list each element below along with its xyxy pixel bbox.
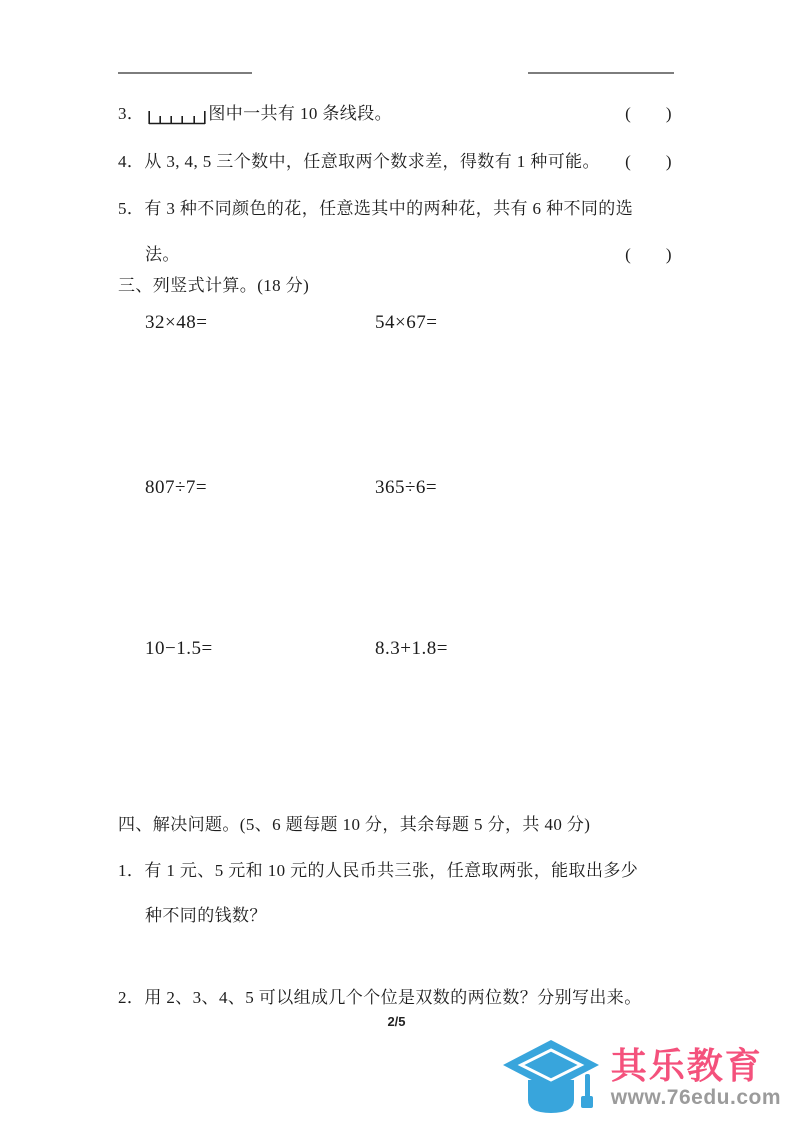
judge-item-3: 3． 图中一共有 10 条线段。 ( ) xyxy=(118,102,672,126)
item-text: 种不同的钱数？ xyxy=(145,906,267,925)
word-problem-1-line2: 种不同的钱数？ xyxy=(145,901,267,926)
item-text: 图中一共有 10 条线段。 xyxy=(208,102,392,126)
calc-problem-6: 8.3+1.8= xyxy=(375,638,448,660)
exam-paper-page: 3． 图中一共有 10 条线段。 ( ) 4． 从 3, 4, 5 三个数中，任… xyxy=(0,0,793,1122)
item-text: 有 1 元、5 元和 10 元的人民币共三张，任意取两张，能取出多少 xyxy=(144,861,638,880)
calc-problem-5: 10−1.5= xyxy=(145,638,213,660)
calc-problem-1: 32×48= xyxy=(145,312,207,334)
item-number: 4． xyxy=(118,150,144,174)
item-text: 从 3, 4, 5 三个数中，任意取两个数求差，得数有 1 种可能。 xyxy=(144,150,600,174)
calc-problem-4: 365÷6= xyxy=(375,477,437,499)
header-blank-line-right xyxy=(528,72,674,74)
item-number: 5． xyxy=(118,197,144,221)
item-number: 2． xyxy=(118,988,144,1007)
item-number: 3． xyxy=(118,102,144,126)
answer-paren: ( ) xyxy=(625,102,672,126)
calc-problem-3: 807÷7= xyxy=(145,477,207,499)
item-number: 1． xyxy=(118,861,144,880)
calc-problem-2: 54×67= xyxy=(375,312,437,334)
header-blank-line-left xyxy=(118,72,252,74)
graduation-cap-icon xyxy=(501,1038,601,1118)
judge-item-5-line2: 法。 ( ) xyxy=(145,240,672,265)
judge-item-4: 4． 从 3, 4, 5 三个数中，任意取两个数求差，得数有 1 种可能。 ( … xyxy=(118,150,672,174)
judge-item-5-line1: 5． 有 3 种不同颜色的花，任意选其中的两种花，共有 6 种不同的选 xyxy=(118,197,672,221)
segment-figure-icon xyxy=(148,108,206,125)
section-four-title: 四、解决问题。(5、6 题每题 10 分，其余每题 5 分，共 40 分) xyxy=(118,810,590,835)
answer-paren: ( ) xyxy=(625,240,672,265)
answer-paren: ( ) xyxy=(625,150,672,174)
brand-name: 其乐教育 xyxy=(611,1046,781,1086)
word-problem-1-line1: 1．有 1 元、5 元和 10 元的人民币共三张，任意取两张，能取出多少 xyxy=(118,856,638,881)
brand-url: www.76edu.com xyxy=(611,1086,781,1110)
page-number: 2/5 xyxy=(0,1014,793,1029)
section-three-title: 三、列竖式计算。(18 分) xyxy=(118,271,309,296)
brand-logo: 其乐教育 www.76edu.com xyxy=(501,1038,781,1118)
item-text: 用 2、3、4、5 可以组成几个个位是双数的两位数？分别写出来。 xyxy=(144,988,641,1007)
item-text: 法。 xyxy=(145,240,180,265)
word-problem-2-line1: 2．用 2、3、4、5 可以组成几个个位是双数的两位数？分别写出来。 xyxy=(118,983,642,1008)
item-text: 有 3 种不同颜色的花，任意选其中的两种花，共有 6 种不同的选 xyxy=(144,197,633,221)
